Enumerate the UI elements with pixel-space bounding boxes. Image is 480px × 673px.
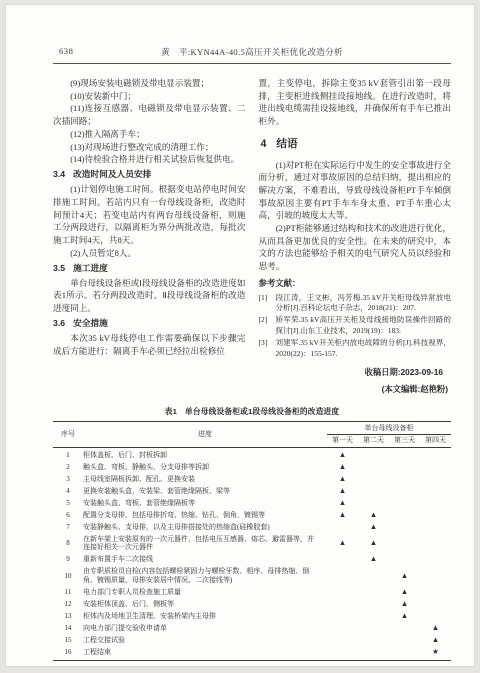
- empty-day-cell: [420, 509, 451, 521]
- editor-note: (本文编辑:赵艳粉): [259, 383, 452, 396]
- row-task-label: 在新车架上安装原有的一次元器件，包括电压互感器、熔芯、避雷器等，并连接好相关一次…: [83, 533, 327, 554]
- empty-day-cell: [420, 473, 451, 485]
- empty-day-cell: [420, 521, 451, 533]
- empty-day-cell: [358, 473, 389, 485]
- table-row: 1柜体盖板、后门、封板拆卸▲: [53, 447, 451, 461]
- section-number: 4: [261, 138, 267, 151]
- empty-day-cell: [358, 646, 389, 660]
- row-task-label: 重新布置手车二次接线: [83, 554, 327, 566]
- paragraph: (2)PT柜能够通过结构和技术的改进进行优化，从而具备更加优良的安全性。在未来的…: [259, 222, 452, 273]
- progress-marker: ▲: [358, 533, 389, 554]
- row-task-label: 安装静触头、支母排，以及主母排搭接处的热缩盒(硅橡胶套): [83, 521, 327, 533]
- empty-day-cell: [327, 521, 358, 533]
- progress-marker: ▲: [389, 566, 420, 587]
- row-task-label: 安装触头盒、弯板、套管绝缘隔板等: [83, 497, 327, 509]
- empty-day-cell: [389, 554, 420, 566]
- row-number: 9: [53, 554, 83, 566]
- row-task-label: 安装柜体顶盖、后门、侧板等: [83, 598, 327, 610]
- progress-marker: ▲: [327, 509, 358, 521]
- list-item: (12)推入隔离手车；: [53, 128, 246, 141]
- received-date-line: 收稿日期:2023-09-16: [259, 366, 452, 379]
- progress-marker: ▲: [420, 634, 451, 646]
- row-number: 16: [53, 646, 83, 660]
- progress-marker: ▲: [327, 447, 358, 461]
- section-number: 3.5: [53, 262, 65, 275]
- progress-marker: ▲: [389, 610, 420, 622]
- empty-day-cell: [389, 521, 420, 533]
- paragraph: (1)计划停电施工时间。根据变电站停电时间安排施工时间。若站内只有一台母线设备柜…: [53, 183, 246, 247]
- row-task-label: 向电力部门提交验收申请单: [83, 622, 327, 634]
- empty-day-cell: [327, 586, 358, 598]
- empty-day-cell: [389, 497, 420, 509]
- paragraph: 单台母线设备柜或Ⅰ段母线设备柜的改造进度如表1所示。若分两段改造时，Ⅱ段母线设备…: [53, 277, 246, 315]
- running-head: 黄 平:KYN44A-40.5高压开关柜优化改造分析: [53, 46, 451, 58]
- progress-table: 序号 进度 单台母线设备柜 第一天第二天第三天第四天 1柜体盖板、后门、封板拆卸…: [53, 421, 451, 661]
- row-task-label: 工程交接试验: [83, 634, 327, 646]
- page-header: 638 黄 平:KYN44A-40.5高压开关柜优化改造分析: [53, 46, 451, 64]
- row-number: 15: [53, 634, 83, 646]
- reference-text: 段江涛，王文彬，冯芳梅.35 kV开关柜母线异常放电分析[J].百科论坛电子杂志…: [276, 293, 452, 315]
- list-item: (13)对现场进行整改完成的清理工作；: [53, 141, 246, 154]
- row-number: 3: [53, 473, 83, 485]
- reference-number: [3]: [259, 338, 276, 360]
- right-column: 置，主变停电，拆除主变35 kV套管引出第一段母排，主变柜进线侧挂设接地线。在进…: [259, 77, 452, 395]
- received-date: 2023-09-16: [401, 367, 443, 377]
- references-heading: 参考文献：: [259, 277, 452, 290]
- row-task-label: 配置分支母排，包括母排折弯、热缩、钻孔、倒角、镀锡等: [83, 509, 327, 521]
- row-task-label: 柜体盖板、后门、封板拆卸: [83, 447, 327, 461]
- section-title: 安全措施: [73, 317, 108, 330]
- empty-day-cell: [358, 634, 389, 646]
- progress-marker: ▲: [327, 461, 358, 473]
- journal-page: 638 黄 平:KYN44A-40.5高压开关柜优化改造分析 (9)现场安装电磁…: [5, 4, 475, 667]
- table-row: 16工程结束★: [53, 646, 451, 660]
- col-header-progress: 进度: [83, 422, 327, 447]
- progress-marker: ▲: [327, 533, 358, 554]
- row-number: 5: [53, 497, 83, 509]
- col-header-day: 第三天: [389, 434, 420, 447]
- empty-day-cell: [420, 461, 451, 473]
- empty-day-cell: [420, 447, 451, 461]
- row-number: 4: [53, 485, 83, 497]
- row-task-label: 由专职质检员自检(内容包括螺栓紧固力与螺栓牙数、相序、母排热缩、倒角、镀锡质量、…: [83, 566, 327, 587]
- row-number: 11: [53, 586, 83, 598]
- list-item: (11)连接互感器、电磁锁及带电显示装置、二次插回路；: [53, 102, 246, 127]
- row-number: 10: [53, 566, 83, 587]
- empty-day-cell: [389, 646, 420, 660]
- table-caption: 表1 单台母线设备柜或1段母线设备柜的改造进度: [53, 406, 451, 417]
- section-heading-4: 4 结语: [261, 138, 452, 151]
- table-1-block: 表1 单台母线设备柜或1段母线设备柜的改造进度 序号 进度 单台母线设备柜 第一…: [53, 406, 451, 661]
- empty-day-cell: [327, 646, 358, 660]
- empty-day-cell: [420, 485, 451, 497]
- empty-day-cell: [420, 533, 451, 554]
- empty-day-cell: [420, 586, 451, 598]
- empty-day-cell: [327, 554, 358, 566]
- progress-marker: ▲: [389, 598, 420, 610]
- section-title: 改造时间及人员安排: [73, 168, 151, 181]
- table-row: 7安装静触头、支母排，以及主母排搭接处的热缩盒(硅橡胶套)▲: [53, 521, 451, 533]
- reference-number: [1]: [259, 293, 276, 315]
- empty-day-cell: [420, 497, 451, 509]
- table-row: 5安装触头盒、弯板、套管绝缘隔板等▲: [53, 497, 451, 509]
- progress-marker: ▲: [327, 497, 358, 509]
- empty-day-cell: [389, 485, 420, 497]
- empty-day-cell: [358, 485, 389, 497]
- empty-day-cell: [389, 634, 420, 646]
- empty-day-cell: [389, 622, 420, 634]
- list-item: (10)安装新中门；: [53, 90, 246, 103]
- row-task-label: 工程结束: [83, 646, 327, 660]
- list-item: (9)现场安装电磁锁及带电显示装置；: [53, 77, 246, 90]
- col-header-day: 第四天: [420, 434, 451, 447]
- section-number: 3.6: [53, 317, 65, 330]
- empty-day-cell: [420, 598, 451, 610]
- reference-text: 刘建军.35 kV开关柜内放电故障的分析[J].科技视界，2020(22)：15…: [276, 338, 452, 360]
- empty-day-cell: [327, 634, 358, 646]
- empty-day-cell: [327, 610, 358, 622]
- paragraph-continued: 置，主变停电，拆除主变35 kV套管引出第一段母排，主变柜进线侧挂设接地线。在进…: [259, 77, 452, 128]
- table-row: 12安装柜体顶盖、后门、侧板等▲: [53, 598, 451, 610]
- table-row: 11电力部门专职人员检查施工质量▲: [53, 586, 451, 598]
- table-header-row: 序号 进度 单台母线设备柜: [53, 422, 451, 435]
- paragraph: 本次35 kV母线停电工作需要确保以下步骤完成后方能进行：隔离手车必须已经拉出检…: [53, 332, 246, 357]
- row-task-label: 电力部门专职人员检查施工质量: [83, 586, 327, 598]
- row-number: 1: [53, 447, 83, 461]
- row-number: 13: [53, 610, 83, 622]
- progress-marker: ▲: [420, 622, 451, 634]
- row-number: 7: [53, 521, 83, 533]
- progress-marker: ▲: [327, 473, 358, 485]
- row-number: 2: [53, 461, 83, 473]
- empty-day-cell: [389, 447, 420, 461]
- page-number: 638: [59, 46, 73, 56]
- table-header: 序号 进度 单台母线设备柜 第一天第二天第三天第四天: [53, 422, 451, 447]
- table-row: 6配置分支母排，包括母排折弯、热缩、钻孔、倒角、镀锡等▲▲: [53, 509, 451, 521]
- col-header-group: 单台母线设备柜: [327, 422, 451, 435]
- col-header-day: 第一天: [327, 434, 358, 447]
- empty-day-cell: [389, 461, 420, 473]
- row-task-label: 柜体内及场地卫生清理、安装桥架内主母排: [83, 610, 327, 622]
- reference-text: 矫军荣.35 kV高压开关柜及母线接地防误操作回路的探讨[J].山东工业技术，2…: [276, 315, 452, 337]
- left-column: (9)现场安装电磁锁及带电显示装置； (10)安装新中门； (11)连接互感器、…: [53, 77, 246, 395]
- empty-day-cell: [358, 622, 389, 634]
- section-heading-3-5: 3.5 施工进度: [53, 262, 246, 275]
- row-number: 8: [53, 533, 83, 554]
- table-row: 2触头盒、弯板、静触头、分支母排等拆卸▲: [53, 461, 451, 473]
- progress-marker: ▲: [389, 586, 420, 598]
- section-title: 结语: [276, 138, 297, 151]
- reference-list: [1]段江涛，王文彬，冯芳梅.35 kV开关柜母线异常放电分析[J].百科论坛电…: [259, 293, 452, 360]
- row-task-label: 更换安装触头盒，安装梁、套管绝缘隔板、梁等: [83, 485, 327, 497]
- empty-day-cell: [358, 461, 389, 473]
- empty-day-cell: [327, 622, 358, 634]
- section-heading-3-6: 3.6 安全措施: [53, 317, 246, 330]
- section-title: 施工进度: [73, 262, 108, 275]
- col-header-no: 序号: [53, 422, 83, 447]
- section-heading-3-4: 3.4 改造时间及人员安排: [53, 168, 246, 181]
- received-label: 收稿日期:: [365, 367, 401, 377]
- table-row: 4更换安装触头盒，安装梁、套管绝缘隔板、梁等▲: [53, 485, 451, 497]
- empty-day-cell: [358, 598, 389, 610]
- reference-number: [2]: [259, 315, 276, 337]
- paragraph: (2)人员暂定8人。: [53, 247, 246, 260]
- progress-marker: ▲: [327, 485, 358, 497]
- progress-marker: ▲: [358, 509, 389, 521]
- progress-marker: ▲: [358, 521, 389, 533]
- empty-day-cell: [420, 566, 451, 587]
- empty-day-cell: [358, 497, 389, 509]
- table-body: 1柜体盖板、后门、封板拆卸▲2触头盒、弯板、静触头、分支母排等拆卸▲3主母线室隔…: [53, 447, 451, 660]
- reference-item: [1]段江涛，王文彬，冯芳梅.35 kV开关柜母线异常放电分析[J].百科论坛电…: [259, 293, 452, 315]
- empty-day-cell: [358, 586, 389, 598]
- row-task-label: 触头盒、弯板、静触头、分支母排等拆卸: [83, 461, 327, 473]
- table-row: 8在新车架上安装原有的一次元器件，包括电压互感器、熔芯、避雷器等，并连接好相关一…: [53, 533, 451, 554]
- reference-item: [2]矫军荣.35 kV高压开关柜及母线接地防误操作回路的探讨[J].山东工业技…: [259, 315, 452, 337]
- empty-day-cell: [420, 554, 451, 566]
- empty-day-cell: [358, 610, 389, 622]
- empty-day-cell: [389, 509, 420, 521]
- list-item: (14)待检验合格并进行相关试验后恢复供电。: [53, 153, 246, 166]
- row-number: 14: [53, 622, 83, 634]
- empty-day-cell: [389, 473, 420, 485]
- body-columns: (9)现场安装电磁锁及带电显示装置； (10)安装新中门； (11)连接互感器、…: [53, 77, 451, 395]
- reference-item: [3]刘建军.35 kV开关柜内放电故障的分析[J].科技视界，2020(22)…: [259, 338, 452, 360]
- table-row: 14向电力部门提交验收申请单▲: [53, 622, 451, 634]
- col-header-day: 第二天: [358, 434, 389, 447]
- row-task-label: 主母线室隔板拆卸、配孔、更换安装: [83, 473, 327, 485]
- row-number: 12: [53, 598, 83, 610]
- paragraph: (1)对PT柜在实际运行中发生的安全事故进行全面分析，通过对事故原因的总结归纳，…: [259, 159, 452, 223]
- progress-marker: ▲: [358, 554, 389, 566]
- empty-day-cell: [358, 447, 389, 461]
- table-row: 9重新布置手车二次接线▲: [53, 554, 451, 566]
- progress-marker: ★: [420, 646, 451, 660]
- table-row: 10由专职质检员自检(内容包括螺栓紧固力与螺栓牙数、相序、母排热缩、倒角、镀锡质…: [53, 566, 451, 587]
- table-row: 13柜体内及场地卫生清理、安装桥架内主母排▲: [53, 610, 451, 622]
- empty-day-cell: [327, 598, 358, 610]
- table-row: 15工程交接试验▲: [53, 634, 451, 646]
- section-number: 3.4: [53, 168, 65, 181]
- table-row: 3主母线室隔板拆卸、配孔、更换安装▲: [53, 473, 451, 485]
- empty-day-cell: [420, 610, 451, 622]
- empty-day-cell: [389, 533, 420, 554]
- empty-day-cell: [327, 566, 358, 587]
- empty-day-cell: [358, 566, 389, 587]
- row-number: 6: [53, 509, 83, 521]
